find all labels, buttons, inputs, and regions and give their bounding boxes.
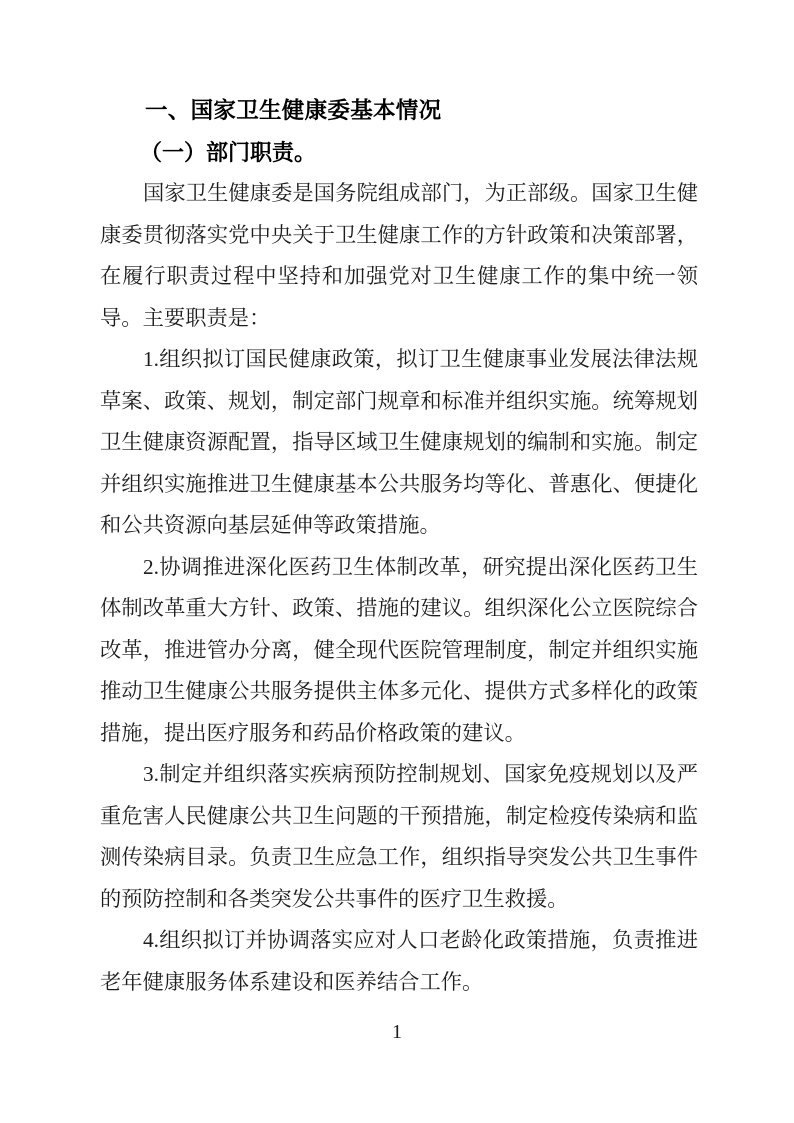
body-line: 的预防控制和各类突发公共事件的医疗卫生救援。 (100, 879, 698, 921)
body-line: 和公共资源向基层延伸等政策措施。 (100, 505, 698, 547)
body-line: 测传染病目录。负责卫生应急工作，组织指导突发公共卫生事件 (100, 837, 698, 879)
body-line: 1.组织拟订国民健康政策，拟订卫生健康事业发展法律法规 (100, 339, 698, 381)
body-line: 并组织实施推进卫生健康基本公共服务均等化、普惠化、便捷化 (100, 464, 698, 506)
body-line: 康委贯彻落实党中央关于卫生健康工作的方针政策和决策部署， (100, 215, 698, 257)
body-line: 4.组织拟订并协调落实应对人口老龄化政策措施，负责推进 (100, 920, 698, 962)
body-line: 推动卫生健康公共服务提供主体多元化、提供方式多样化的政策 (100, 671, 698, 713)
body-line: 卫生健康资源配置，指导区域卫生健康规划的编制和实施。制定 (100, 422, 698, 464)
body-line: 2.协调推进深化医药卫生体制改革，研究提出深化医药卫生 (100, 547, 698, 589)
body-line: 重危害人民健康公共卫生问题的干预措施，制定检疫传染病和监 (100, 796, 698, 838)
subsection-heading: （一）部门职责。 (100, 132, 698, 174)
body-line: 体制改革重大方针、政策、措施的建议。组织深化公立医院综合 (100, 588, 698, 630)
body-line: 草案、政策、规划，制定部门规章和标准并组织实施。统筹规划 (100, 381, 698, 423)
document-page: 一、国家卫生健康委基本情况 （一）部门职责。 国家卫生健康委是国务院组成部门，为… (0, 0, 794, 1123)
body-line: 国家卫生健康委是国务院组成部门，为正部级。国家卫生健 (100, 173, 698, 215)
body-line: 改革，推进管办分离，健全现代医院管理制度，制定并组织实施 (100, 630, 698, 672)
body-line: 措施，提出医疗服务和药品价格政策的建议。 (100, 713, 698, 755)
body-line: 在履行职责过程中坚持和加强党对卫生健康工作的集中统一领 (100, 256, 698, 298)
body-line: 3.制定并组织落实疾病预防控制规划、国家免疫规划以及严 (100, 754, 698, 796)
text-block: 一、国家卫生健康委基本情况 （一）部门职责。 国家卫生健康委是国务院组成部门，为… (100, 90, 698, 1003)
page-number: 1 (0, 1021, 794, 1043)
body-line: 导。主要职责是： (100, 298, 698, 340)
section-heading: 一、国家卫生健康委基本情况 (100, 90, 698, 132)
body-line: 老年健康服务体系建设和医养结合工作。 (100, 962, 698, 1004)
